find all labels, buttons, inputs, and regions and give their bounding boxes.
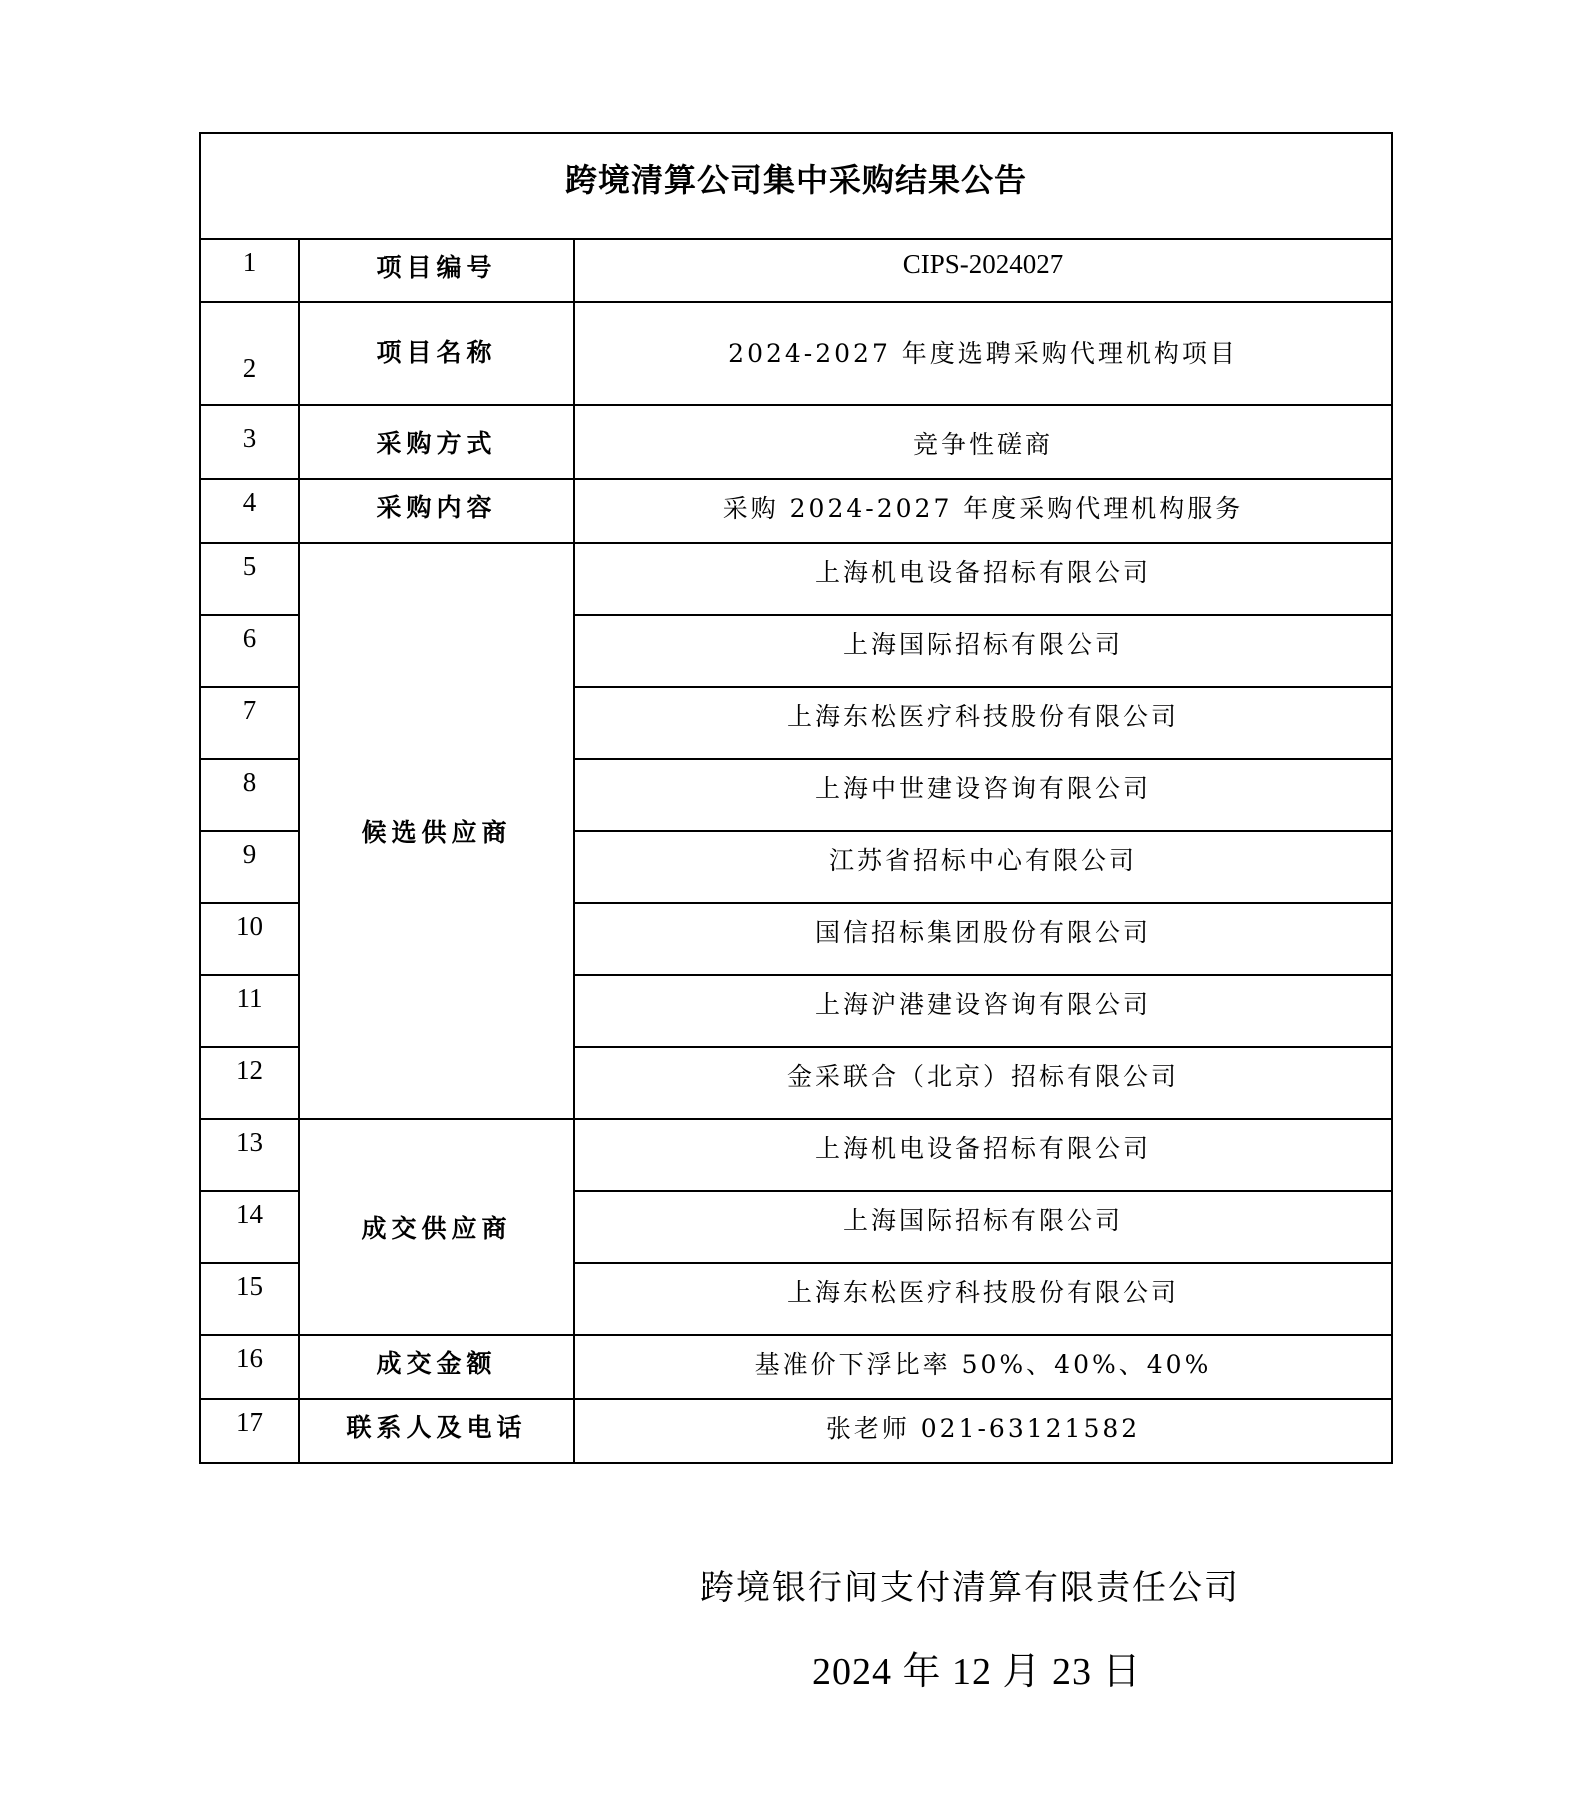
row-index: 14: [200, 1191, 299, 1263]
procurement-result-table: 跨境清算公司集中采购结果公告 1 项目编号 CIPS-2024027 2 项目名…: [199, 132, 1393, 1464]
row-index: 2: [200, 302, 299, 405]
row-index: 10: [200, 903, 299, 975]
awarded-suppliers-label-cell: 成交供应商: [299, 1119, 574, 1335]
transaction-amount: 基准价下浮比率 50%、40%、40%: [574, 1335, 1392, 1399]
row-index: 7: [200, 687, 299, 759]
awarded-supplier: 上海机电设备招标有限公司: [574, 1119, 1392, 1191]
table-row: 17 联系人及电话 张老师 021-63121582: [200, 1399, 1392, 1463]
table-row: 2 项目名称 2024-2027 年度选聘采购代理机构项目: [200, 302, 1392, 405]
row-label: 成交金额: [299, 1335, 574, 1399]
document-title: 跨境清算公司集中采购结果公告: [565, 161, 1027, 199]
title-row: 跨境清算公司集中采购结果公告: [200, 133, 1392, 239]
row-index-text: 2: [201, 331, 298, 384]
candidate-supplier: 上海国际招标有限公司: [574, 615, 1392, 687]
candidate-supplier: 上海沪港建设咨询有限公司: [574, 975, 1392, 1047]
candidate-supplier: 上海中世建设咨询有限公司: [574, 759, 1392, 831]
candidate-supplier: 上海机电设备招标有限公司: [574, 543, 1392, 615]
row-index: 3: [200, 405, 299, 479]
row-label: 项目编号: [299, 239, 574, 302]
row-label: 项目名称: [299, 302, 574, 405]
row-index: 11: [200, 975, 299, 1047]
row-label-text: 项目名称: [300, 311, 573, 369]
row-index: 4: [200, 479, 299, 543]
table-row: 13 成交供应商 上海机电设备招标有限公司: [200, 1119, 1392, 1191]
row-index-text: 3: [201, 413, 298, 454]
row-index: 16: [200, 1335, 299, 1399]
row-index: 9: [200, 831, 299, 903]
row-index: 5: [200, 543, 299, 615]
candidate-supplier: 江苏省招标中心有限公司: [574, 831, 1392, 903]
project-name: 2024-2027 年度选聘采购代理机构项目: [574, 302, 1392, 405]
awarded-supplier: 上海国际招标有限公司: [574, 1191, 1392, 1263]
document-page: 跨境清算公司集中采购结果公告 1 项目编号 CIPS-2024027 2 项目名…: [0, 0, 1587, 1819]
table-row: 5 候选供应商 上海机电设备招标有限公司: [200, 543, 1392, 615]
candidate-supplier: 上海东松医疗科技股份有限公司: [574, 687, 1392, 759]
candidate-suppliers-label: 候选供应商: [361, 818, 511, 847]
candidate-supplier: 金采联合（北京）招标有限公司: [574, 1047, 1392, 1119]
table-row: 1 项目编号 CIPS-2024027: [200, 239, 1392, 302]
issue-date: 2024 年 12 月 23 日: [812, 1640, 1082, 1695]
row-label: 采购内容: [299, 479, 574, 543]
row-index: 12: [200, 1047, 299, 1119]
procurement-method-text: 竞争性磋商: [575, 415, 1391, 461]
candidate-supplier: 国信招标集团股份有限公司: [574, 903, 1392, 975]
awarded-supplier: 上海东松医疗科技股份有限公司: [574, 1263, 1392, 1335]
awarded-suppliers-label: 成交供应商: [361, 1214, 511, 1243]
row-index: 13: [200, 1119, 299, 1191]
procurement-method: 竞争性磋商: [574, 405, 1392, 479]
row-label-text: 采购方式: [300, 414, 573, 460]
row-index: 6: [200, 615, 299, 687]
row-index: 15: [200, 1263, 299, 1335]
project-number: CIPS-2024027: [574, 239, 1392, 302]
table-row: 16 成交金额 基准价下浮比率 50%、40%、40%: [200, 1335, 1392, 1399]
issuer-company: 跨境银行间支付清算有限责任公司: [700, 1560, 1180, 1609]
row-index: 1: [200, 239, 299, 302]
row-label: 采购方式: [299, 405, 574, 479]
table-row: 3 采购方式 竞争性磋商: [200, 405, 1392, 479]
procurement-content: 采购 2024-2027 年度采购代理机构服务: [574, 479, 1392, 543]
table-row: 4 采购内容 采购 2024-2027 年度采购代理机构服务: [200, 479, 1392, 543]
contact-info: 张老师 021-63121582: [574, 1399, 1392, 1463]
row-index: 17: [200, 1399, 299, 1463]
row-index: 8: [200, 759, 299, 831]
title-cell: 跨境清算公司集中采购结果公告: [200, 133, 1392, 239]
candidate-suppliers-label-cell: 候选供应商: [299, 543, 574, 1119]
project-name-text: 2024-2027 年度选聘采购代理机构项目: [575, 312, 1391, 370]
row-label: 联系人及电话: [299, 1399, 574, 1463]
